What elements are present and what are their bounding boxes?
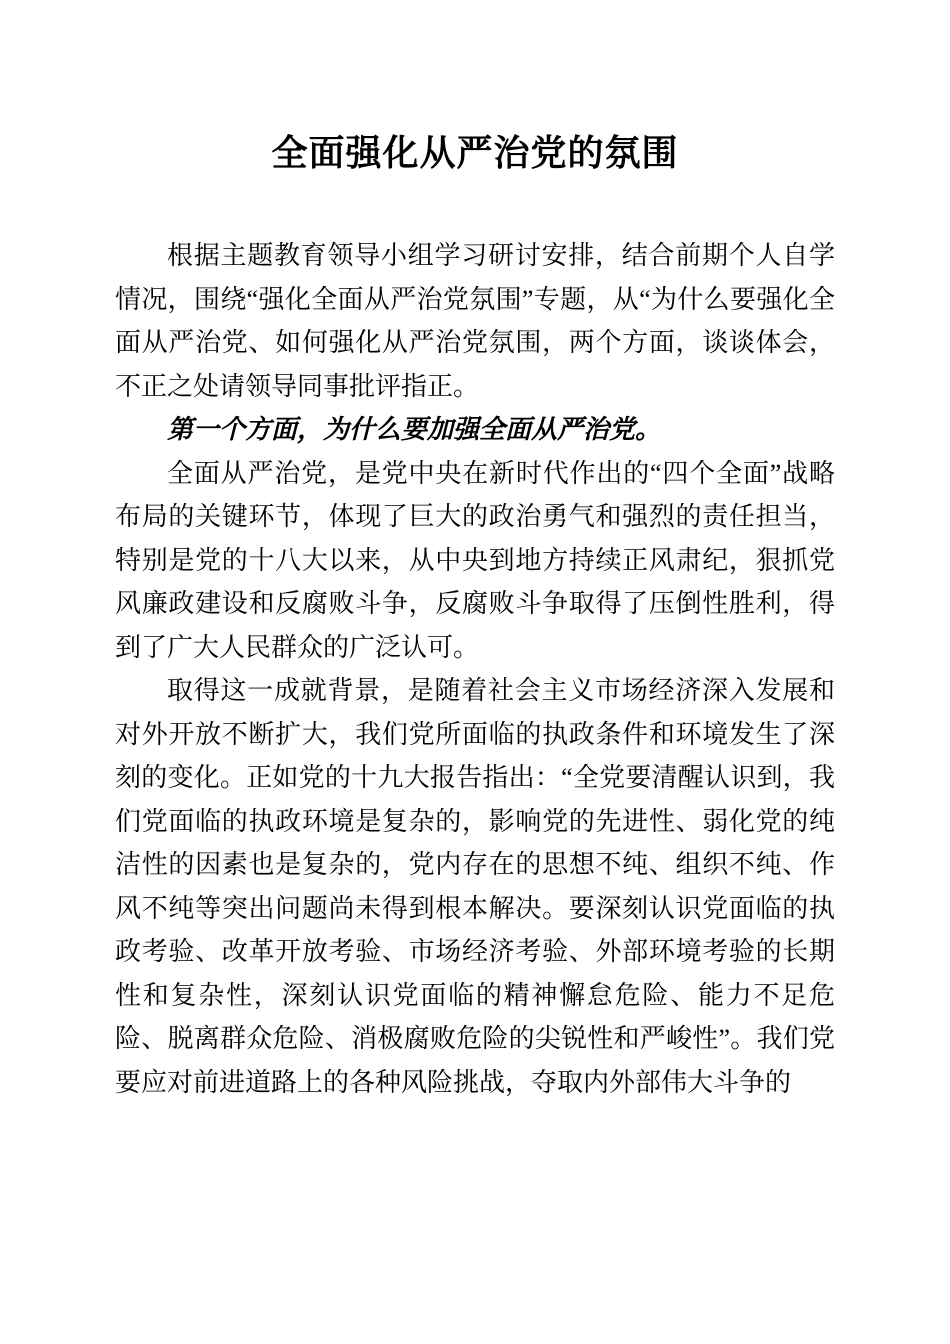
paragraph: 根据主题教育领导小组学习研讨安排，结合前期个人自学情况，围绕“强化全面从严治党氛… — [115, 234, 835, 408]
document-title: 全面强化从严治党的氛围 — [115, 128, 835, 178]
document-page: 全面强化从严治党的氛围 根据主题教育领导小组学习研讨安排，结合前期个人自学情况，… — [0, 0, 950, 1344]
document-body: 根据主题教育领导小组学习研讨安排，结合前期个人自学情况，围绕“强化全面从严治党氛… — [115, 234, 835, 1104]
paragraph: 全面从严治党，是党中央在新时代作出的“四个全面”战略布局的关键环节，体现了巨大的… — [115, 452, 835, 670]
paragraph-emphasis: 第一个方面，为什么要加强全面从严治党。 — [115, 408, 835, 452]
paragraph: 取得这一成就背景，是随着社会主义市场经济深入发展和对外开放不断扩大，我们党所面临… — [115, 669, 835, 1104]
